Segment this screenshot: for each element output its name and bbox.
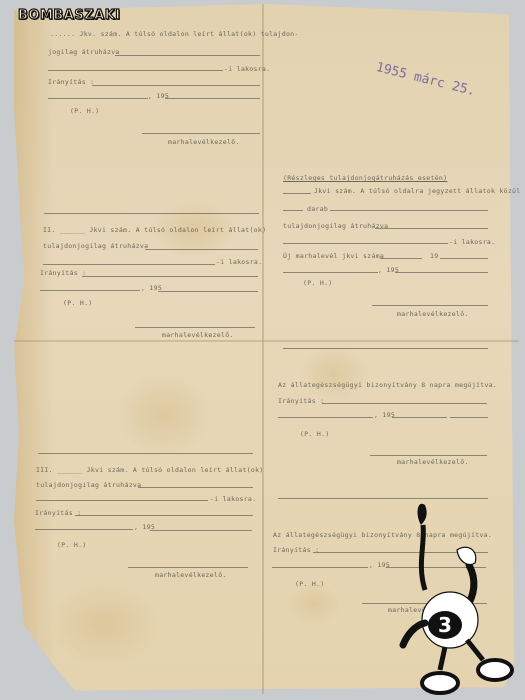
blank-line [48, 98, 148, 99]
form-text: tulajdonjogilag átruházva [36, 481, 141, 489]
blank-line [40, 290, 140, 291]
blank-line [75, 515, 253, 516]
blank-line [375, 228, 488, 229]
blank-line [322, 403, 487, 404]
signer-label: marhalevélkezelő. [162, 331, 234, 339]
form-text: jogilag átruházva [48, 48, 120, 56]
blank-line [392, 417, 447, 418]
form-text: tulajdonjogilag átruházva [283, 222, 388, 230]
fold-crease-vertical [262, 4, 264, 694]
blank-line [165, 98, 260, 99]
form-text: Irányítás : [278, 397, 324, 405]
site-watermark: BOMBASZAKI [18, 8, 121, 23]
blank-line [115, 55, 260, 56]
section-heading: (Részleges tulajdonjogátruházás esetén) [283, 174, 447, 182]
signature-line [128, 567, 248, 568]
blank-line [440, 258, 488, 259]
form-text: -i lakosra. [224, 65, 270, 73]
bomb-mascot-icon: 3 [395, 495, 520, 695]
blank-line [283, 193, 311, 194]
blank-line [283, 243, 448, 244]
blank-line [82, 276, 258, 277]
signer-label: marhalevélkezelő. [397, 458, 469, 466]
blank-line [43, 264, 215, 265]
ph-mark: (P. H.) [303, 279, 333, 287]
blank-line [283, 272, 378, 273]
blank-line [450, 417, 488, 418]
mascot-label: 3 [438, 613, 452, 637]
blank-line [145, 249, 258, 250]
form-text: Jkvi szám. A túlsó oldalra jegyzett álla… [314, 187, 520, 195]
blank-line [158, 291, 258, 292]
blank-line [283, 348, 488, 349]
ph-mark: (P. H.) [300, 430, 330, 438]
blank-line [138, 487, 253, 488]
form-text: III. ______ Jkvi szám. A túlsó oldalon l… [36, 466, 264, 474]
signature-line [370, 455, 487, 456]
signer-label: marhalevélkezelő. [397, 310, 469, 318]
form-text: ...... Jkv. szám. A túlsó oldalon leírt … [50, 30, 299, 38]
blank-line [48, 70, 223, 71]
signature-line [135, 327, 255, 328]
signer-label: marhalevélkezelő. [155, 571, 227, 579]
form-text: Új marhalevél jkvi száma [283, 252, 384, 260]
signature-line [142, 133, 260, 134]
form-text: -i lakosra. [449, 238, 495, 246]
blank-line [38, 453, 253, 454]
blank-line [272, 567, 368, 568]
signature-line [372, 305, 488, 306]
blank-line [150, 530, 252, 531]
blank-line [35, 529, 133, 530]
ph-mark: (P. H.) [63, 299, 93, 307]
blank-line [380, 258, 422, 259]
fold-crease-horizontal [14, 340, 519, 342]
form-text: Az állategészségügyi bizonyítvány 8 napr… [278, 381, 497, 389]
form-text: -i lakosra. [216, 258, 262, 266]
form-text: tulajdonjogilag átruházva [43, 242, 148, 250]
form-text: Irányítás : [48, 78, 94, 86]
blank-line [44, 213, 259, 214]
form-text: II. ______ Jkvi szám. A túlsó oldalon le… [43, 226, 266, 234]
signer-label: marhalevélkezelő. [168, 138, 240, 146]
form-text: darab [307, 205, 328, 213]
ph-mark: (P. H.) [295, 580, 325, 588]
ph-mark: (P. H.) [57, 541, 87, 549]
blank-line [92, 85, 260, 86]
form-text: 19 [430, 252, 438, 260]
blank-line [395, 272, 488, 273]
blank-line [283, 210, 303, 211]
blank-line [278, 417, 373, 418]
ph-mark: (P. H.) [70, 107, 100, 115]
form-text: Irányítás : [40, 269, 86, 277]
form-text: -i lakosra. [210, 495, 256, 503]
blank-line [36, 500, 208, 501]
blank-line [330, 210, 488, 211]
